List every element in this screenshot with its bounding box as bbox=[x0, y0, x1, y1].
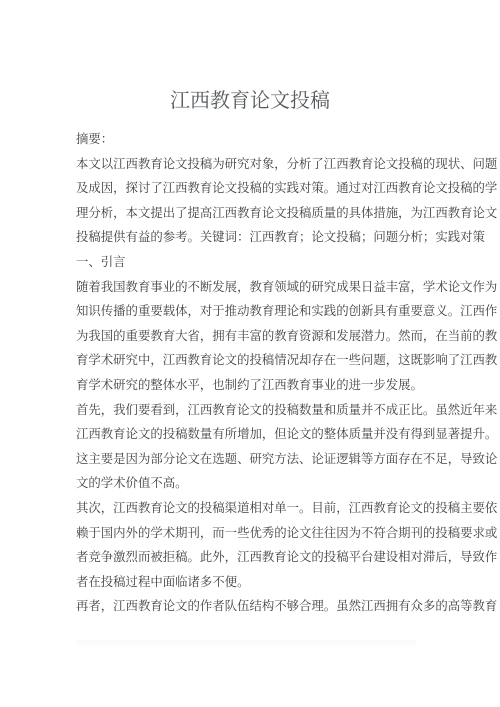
document-page: 江西教育论文投稿 摘要： 本文以江西教育论文投稿为研究对象，分析了江西教育论文投… bbox=[0, 0, 500, 707]
text-line: 文的学术价值不高。 bbox=[76, 471, 428, 496]
text-line: 知识传播的重要载体，对于推动教育理论和实践的创新具有重要意义。江西作 bbox=[76, 299, 428, 324]
text-line: 江西教育论文的投稿数量有所增加，但论文的整体质量并没有得到显著提升。 bbox=[76, 422, 428, 447]
text-line: 及成因，探讨了江西教育论文投稿的实践对策。通过对江西教育论文投稿的学 bbox=[76, 176, 428, 201]
abstract-label-text: 摘要： bbox=[76, 127, 428, 152]
text-line: 这主要是因为部分论文在选题、研究方法、论证逻辑等方面存在不足，导致论 bbox=[76, 447, 428, 472]
text-line: 者竞争激烈而被拒稿。此外，江西教育论文的投稿平台建设相对滞后，导致作 bbox=[76, 545, 428, 570]
text-line: 为我国的重要教育大省，拥有丰富的教育资源和发展潜力。然而，在当前的教 bbox=[76, 324, 428, 349]
text-line: 其次，江西教育论文的投稿渠道相对单一。目前，江西教育论文的投稿主要依 bbox=[76, 496, 428, 521]
document-title: 江西教育论文投稿 bbox=[0, 84, 500, 113]
text-line: 本文以江西教育论文投稿为研究对象，分析了江西教育论文投稿的现状、问题 bbox=[76, 152, 428, 177]
section-heading-introduction: 一、引言 bbox=[76, 250, 428, 275]
text-line: 育学术研究中，江西教育论文的投稿情况却存在一些问题，这既影响了江西教 bbox=[76, 348, 428, 373]
text-line: 投稿提供有益的参考。关键词：江西教育；论文投稿；问题分析；实践对策 bbox=[76, 225, 428, 250]
body-paragraph: 再者，江西教育论文的作者队伍结构不够合理。虽然江西拥有众多的高等教育 bbox=[76, 594, 428, 619]
text-line: 随着我国教育事业的不断发展，教育领域的研究成果日益丰富，学术论文作为 bbox=[76, 275, 428, 300]
text-line: 首先，我们要看到，江西教育论文的投稿数量和质量并不成正比。虽然近年来 bbox=[76, 398, 428, 423]
text-line: 者在投稿过程中面临诸多不便。 bbox=[76, 570, 428, 595]
text-line: 赖于国内外的学术期刊，而一些优秀的论文往往因为不符合期刊的投稿要求或 bbox=[76, 521, 428, 546]
abstract-paragraph: 本文以江西教育论文投稿为研究对象，分析了江西教育论文投稿的现状、问题 及成因，探… bbox=[76, 152, 428, 250]
body-paragraph: 随着我国教育事业的不断发展，教育领域的研究成果日益丰富，学术论文作为 知识传播的… bbox=[76, 275, 428, 398]
text-line: 理分析，本文提出了提高江西教育论文投稿质量的具体措施，为江西教育论文 bbox=[76, 201, 428, 226]
abstract-label: 摘要： bbox=[76, 127, 428, 152]
body-paragraph: 首先，我们要看到，江西教育论文的投稿数量和质量并不成正比。虽然近年来 江西教育论… bbox=[76, 398, 428, 496]
heading-text: 一、引言 bbox=[76, 250, 428, 275]
text-line: 再者，江西教育论文的作者队伍结构不够合理。虽然江西拥有众多的高等教育 bbox=[76, 594, 428, 619]
body-paragraph: 其次，江西教育论文的投稿渠道相对单一。目前，江西教育论文的投稿主要依 赖于国内外… bbox=[76, 496, 428, 594]
text-line: 育学术研究的整体水平，也制约了江西教育事业的进一步发展。 bbox=[76, 373, 428, 398]
document-body: 摘要： 本文以江西教育论文投稿为研究对象，分析了江西教育论文投稿的现状、问题 及… bbox=[76, 127, 428, 619]
page-bottom-fade bbox=[76, 640, 416, 648]
